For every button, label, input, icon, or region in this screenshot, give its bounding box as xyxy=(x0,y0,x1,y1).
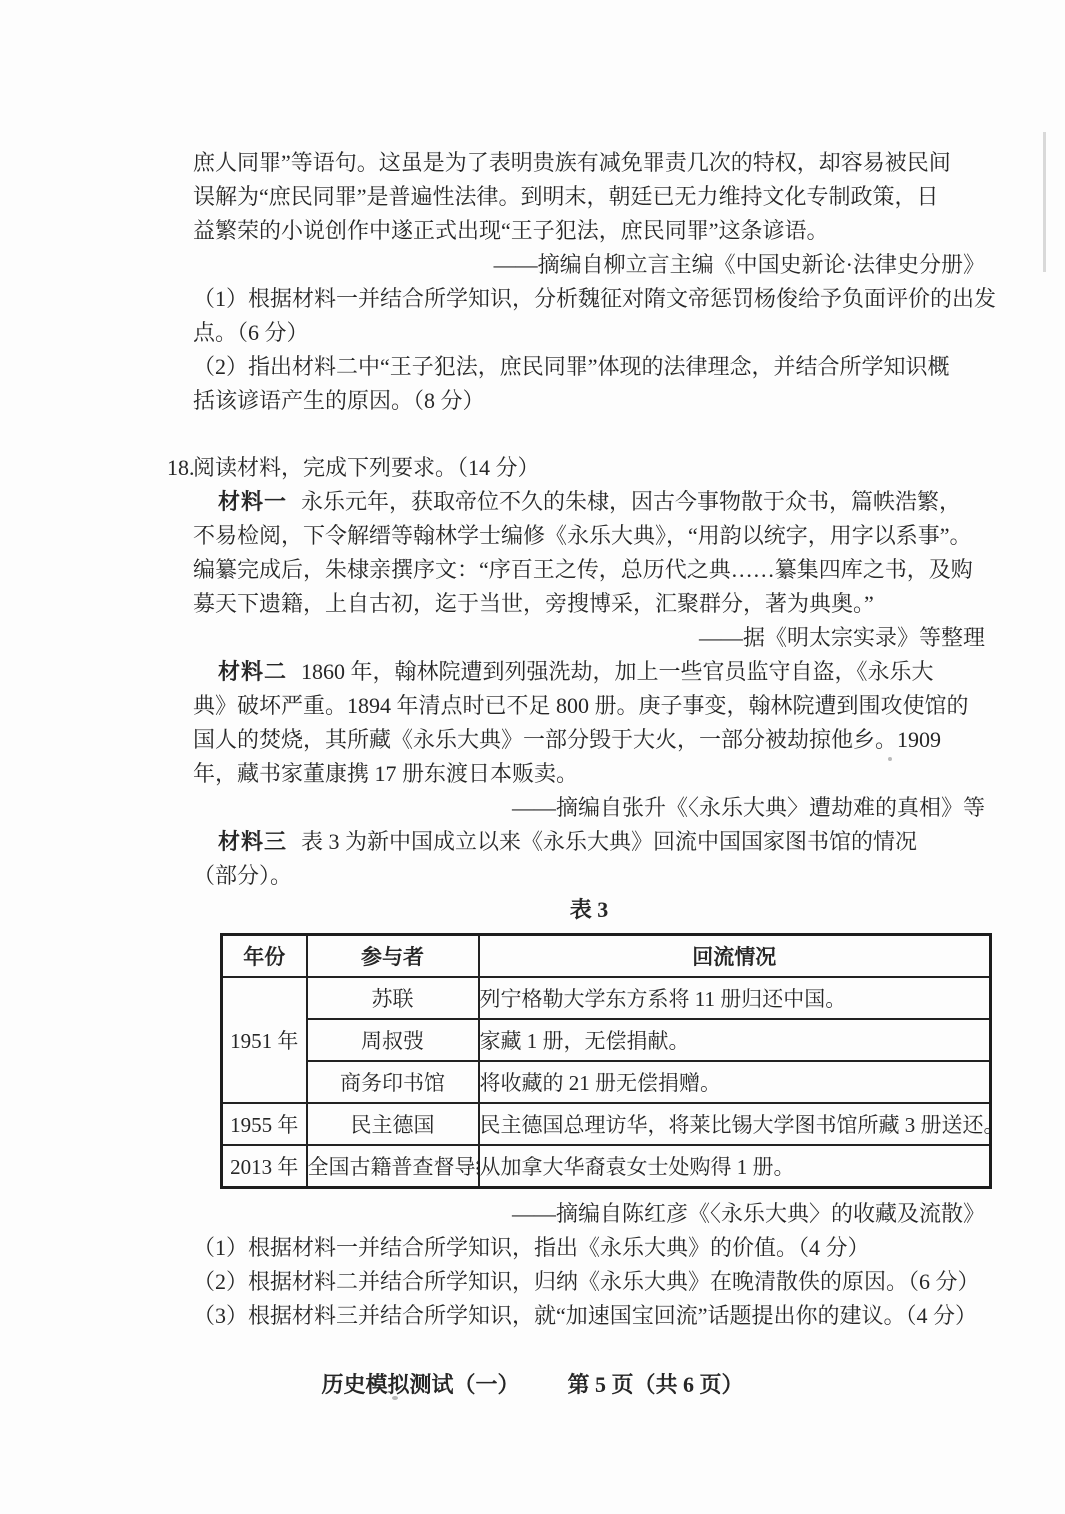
footer-page-number: 第 5 页（共 6 页） xyxy=(568,1368,744,1402)
page-footer: 历史模拟测试（一）第 5 页（共 6 页） xyxy=(0,1368,1065,1402)
q18-material2-line: 典》破坏严重。1894 年清点时已不足 800 册。庚子事变，翰林院遭到围攻使馆… xyxy=(193,689,985,723)
table-cell-detail: 将收藏的 21 册无偿捐赠。 xyxy=(479,1061,991,1103)
table-header-detail: 回流情况 xyxy=(479,935,991,978)
q18-material2-line: 年，藏书家董康携 17 册东渡日本贩卖。 xyxy=(193,757,985,791)
table-cell-year: 1955 年 xyxy=(222,1103,307,1145)
q17-body-line: 误解为“庶民同罪”是普遍性法律。到明末，朝廷已无力维持文化专制政策，日 xyxy=(193,180,985,214)
table-cell-detail: 从加拿大华裔袁女士处购得 1 册。 xyxy=(479,1145,991,1188)
q18-subquestion-2: （2）根据材料二并结合所学知识，归纳《永乐大典》在晚清散佚的原因。（6 分） xyxy=(193,1265,985,1299)
table3-source-attribution: ——摘编自陈红彦《〈永乐大典〉的收藏及流散》 xyxy=(193,1197,985,1231)
q18-subquestion-1: （1）根据材料一并结合所学知识，指出《永乐大典》的价值。（4 分） xyxy=(193,1231,985,1265)
table-cell-detail: 列宁格勒大学东方系将 11 册归还中国。 xyxy=(479,977,991,1019)
scan-speck-artifact xyxy=(888,757,892,761)
table-cell-detail: 家藏 1 册，无偿捐献。 xyxy=(479,1019,991,1061)
q18-number: 18. xyxy=(167,451,193,485)
material3-text: 表 3 为新中国成立以来《永乐大典》回流中国国家图书馆的情况 xyxy=(301,829,917,854)
scan-streak-artifact xyxy=(1043,132,1046,272)
material2-label: 材料二 xyxy=(218,659,287,684)
q17-subquestion-2-line: 括该谚语产生的原因。（8 分） xyxy=(193,384,985,418)
table-cell-participant: 民主德国 xyxy=(307,1103,479,1145)
table3-caption: 表 3 xyxy=(193,893,985,927)
table-cell-detail: 民主德国总理访华，将莱比锡大学图书馆所藏 3 册送还。 xyxy=(479,1103,991,1145)
table-cell-year: 1951 年 xyxy=(222,977,307,1103)
table-cell-participant: 商务印书馆 xyxy=(307,1061,479,1103)
question-17-block: 庶人同罪”等语句。这虽是为了表明贵族有减免罪责几次的特权，却容易被民间 误解为“… xyxy=(193,146,985,418)
q18-material1-line: 不易检阅，下令解缙等翰林学士编修《永乐大典》，“用韵以统字，用字以系事”。 xyxy=(193,519,985,553)
material1-label: 材料一 xyxy=(218,489,287,514)
table-header-year: 年份 xyxy=(222,935,307,978)
exam-page-scan: 庶人同罪”等语句。这虽是为了表明贵族有减免罪责几次的特权，却容易被民间 误解为“… xyxy=(0,0,1065,1514)
material2-text: 1860 年，翰林院遭到列强洗劫，加上一些官员监守自盗，《永乐大 xyxy=(301,659,934,684)
table-row: 1951 年 苏联 列宁格勒大学东方系将 11 册归还中国。 xyxy=(222,977,991,1019)
q18-material1-line: 募天下遗籍，上自古初，迄于当世，旁搜博采，汇聚群分，著为典奥。” xyxy=(193,587,985,621)
q17-body-line: 益繁荣的小说创作中遂正式出现“王子犯法，庶民同罪”这条谚语。 xyxy=(193,214,985,248)
q17-body-line: 庶人同罪”等语句。这虽是为了表明贵族有减免罪责几次的特权，却容易被民间 xyxy=(193,146,985,180)
q18-material1-first-line: 材料一永乐元年，获取帝位不久的朱棣，因古今事物散于众书，篇帙浩繁， xyxy=(193,485,985,519)
q18-subquestion-3: （3）根据材料三并结合所学知识，就“加速国宝回流”话题提出你的建议。（4 分） xyxy=(193,1299,985,1333)
material2-source-attribution: ——摘编自张升《〈永乐大典〉遭劫难的真相》等 xyxy=(193,791,985,825)
q17-subquestion-1-line: （1）根据材料一并结合所学知识，分析魏征对隋文帝惩罚杨俊给予负面评价的出发 xyxy=(193,282,985,316)
table-header-participant: 参与者 xyxy=(307,935,479,978)
q18-material3-first-line: 材料三表 3 为新中国成立以来《永乐大典》回流中国国家图书馆的情况 xyxy=(193,825,985,859)
table-row: 周叔弢 家藏 1 册，无偿捐献。 xyxy=(222,1019,991,1061)
table-row: 1955 年 民主德国 民主德国总理访华，将莱比锡大学图书馆所藏 3 册送还。 xyxy=(222,1103,991,1145)
q18-stem: 18.阅读材料，完成下列要求。（14 分） xyxy=(193,451,985,485)
table-row: 2013 年 全国古籍普查督导组 从加拿大华裔袁女士处购得 1 册。 xyxy=(222,1145,991,1188)
table-cell-participant: 全国古籍普查督导组 xyxy=(307,1145,479,1188)
scan-speck-artifact xyxy=(392,1396,398,1400)
q18-material2-first-line: 材料二1860 年，翰林院遭到列强洗劫，加上一些官员监守自盗，《永乐大 xyxy=(193,655,985,689)
q17-subquestion-1-line: 点。（6 分） xyxy=(193,316,985,350)
q18-material2-line: 国人的焚烧，其所藏《永乐大典》一部分毁于大火，一部分被劫掠他乡。1909 xyxy=(193,723,985,757)
q17-source-attribution: ——摘编自柳立言主编《中国史新论·法律史分册》 xyxy=(193,248,985,282)
table-cell-participant: 苏联 xyxy=(307,977,479,1019)
table-cell-year: 2013 年 xyxy=(222,1145,307,1188)
table-cell-participant: 周叔弢 xyxy=(307,1019,479,1061)
q18-material3-line: （部分）。 xyxy=(193,859,985,893)
page-content: 庶人同罪”等语句。这虽是为了表明贵族有减免罪责几次的特权，却容易被民间 误解为“… xyxy=(193,146,985,1333)
table-row: 商务印书馆 将收藏的 21 册无偿捐赠。 xyxy=(222,1061,991,1103)
question-18-block: 18.阅读材料，完成下列要求。（14 分） 材料一永乐元年，获取帝位不久的朱棣，… xyxy=(193,451,985,1333)
material1-text: 永乐元年，获取帝位不久的朱棣，因古今事物散于众书，篇帙浩繁， xyxy=(301,489,961,514)
table3-return-records: 年份 参与者 回流情况 1951 年 苏联 列宁格勒大学东方系将 11 册归还中… xyxy=(220,933,992,1189)
q18-intro: 阅读材料，完成下列要求。（14 分） xyxy=(193,455,540,480)
footer-exam-title: 历史模拟测试（一） xyxy=(321,1372,519,1397)
material3-label: 材料三 xyxy=(218,829,287,854)
material1-source-attribution: ——据《明太宗实录》等整理 xyxy=(193,621,985,655)
q17-subquestion-2-line: （2）指出材料二中“王子犯法，庶民同罪”体现的法律理念，并结合所学知识概 xyxy=(193,350,985,384)
table-header-row: 年份 参与者 回流情况 xyxy=(222,935,991,978)
q18-material1-line: 编纂完成后，朱棣亲撰序文：“序百王之传，总历代之典……纂集四库之书，及购 xyxy=(193,553,985,587)
